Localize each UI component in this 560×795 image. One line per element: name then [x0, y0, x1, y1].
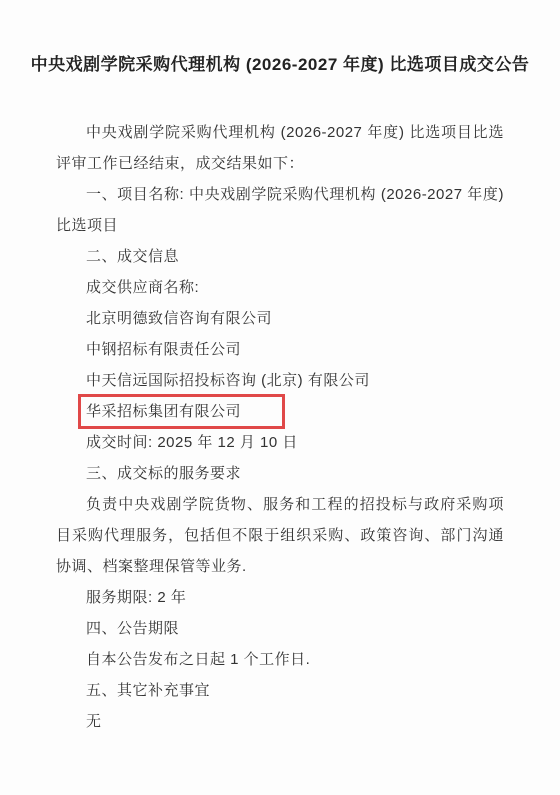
supplier-list-label: 成交供应商名称: — [56, 272, 504, 303]
page-title: 中央戏剧学院采购代理机构 (2026-2027 年度) 比选项目成交公告 — [30, 0, 530, 78]
service-term: 服务期限: 2 年 — [56, 582, 504, 613]
service-scope: 负责中央戏剧学院货物、服务和工程的招投标与政府采购项目采购代理服务，包括但不限于… — [56, 489, 504, 582]
deal-date: 成交时间: 2025 年 12 月 10 日 — [56, 427, 504, 458]
supplier-name-1: 北京明德致信咨询有限公司 — [56, 303, 504, 334]
para-project-name: 一、项目名称: 中央戏剧学院采购代理机构 (2026-2027 年度) 比选项目 — [56, 179, 504, 241]
para-intro: 中央戏剧学院采购代理机构 (2026-2027 年度) 比选项目比选评审工作已经… — [56, 117, 504, 179]
document-body: 中央戏剧学院采购代理机构 (2026-2027 年度) 比选项目比选评审工作已经… — [0, 117, 560, 737]
section-2-heading: 二、成交信息 — [56, 241, 504, 272]
document-page: 中央戏剧学院采购代理机构 (2026-2027 年度) 比选项目成交公告 中央戏… — [0, 0, 560, 795]
supplier-name-4-text: 华采招标集团有限公司 — [86, 403, 241, 420]
section-3-heading: 三、成交标的服务要求 — [56, 458, 504, 489]
section-4-heading: 四、公告期限 — [56, 613, 504, 644]
supplier-name-2: 中钢招标有限责任公司 — [56, 334, 504, 365]
supplier-name-4-highlighted: 华采招标集团有限公司 — [56, 396, 504, 427]
supplier-name-3: 中天信远国际招投标咨询 (北京) 有限公司 — [56, 365, 504, 396]
section-5-heading: 五、其它补充事宜 — [56, 675, 504, 706]
announcement-period: 自本公告发布之日起 1 个工作日. — [56, 644, 504, 675]
section-5-content: 无 — [56, 706, 504, 737]
